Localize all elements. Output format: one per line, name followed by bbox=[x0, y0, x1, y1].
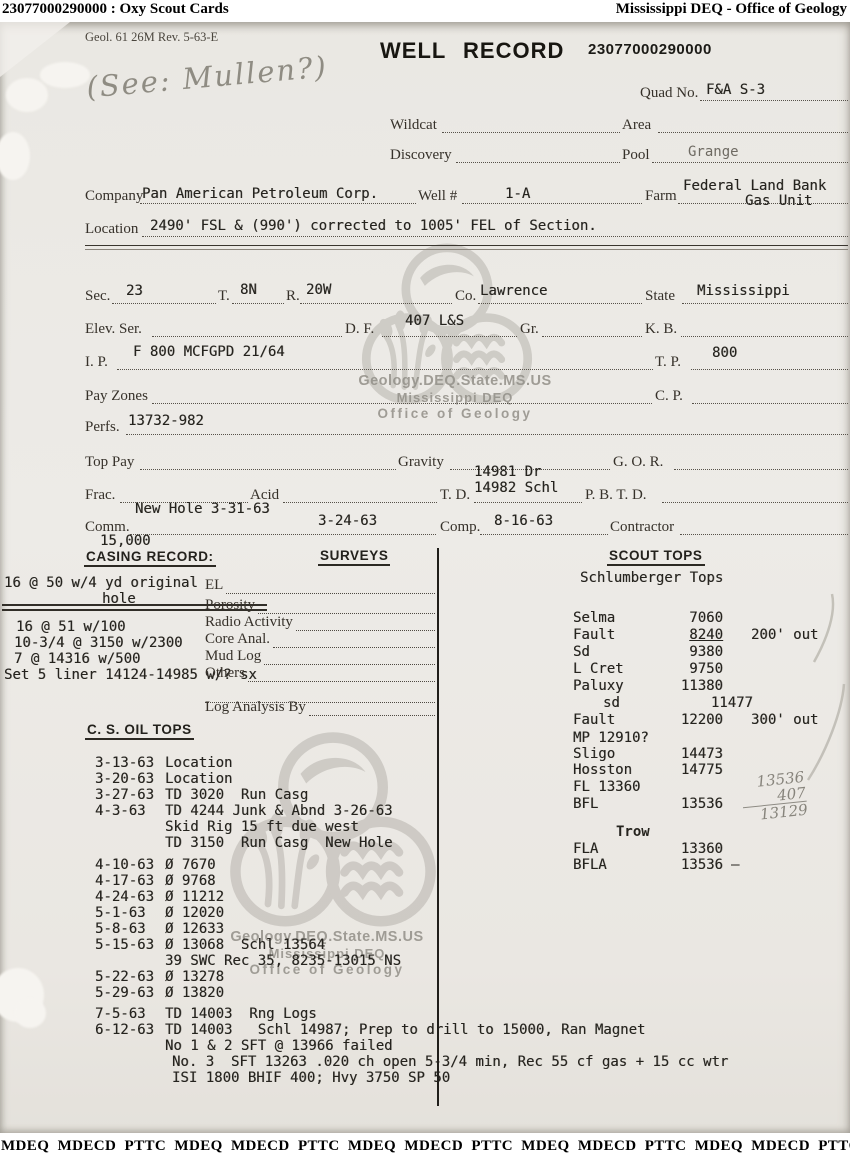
oil-tops-row: 3-20-63Location bbox=[95, 771, 232, 787]
field-value-farm-line2: Gas Unit bbox=[745, 193, 812, 209]
field-value-quad-no: F&A S-3 bbox=[706, 82, 765, 98]
oil-tops-row: 7-5-63TD 14003 Rng Logs bbox=[95, 1006, 317, 1022]
field-value-range: 20W bbox=[306, 282, 331, 298]
dotted-line bbox=[480, 534, 608, 535]
dotted-line bbox=[474, 502, 582, 503]
dotted-line bbox=[140, 203, 416, 204]
field-label-perfs: Perfs. bbox=[85, 419, 120, 436]
casing-line: 16 @ 50 w/4 yd original bbox=[4, 575, 198, 591]
field-label-comp: Comp. bbox=[440, 519, 480, 536]
field-label-gor: G. O. R. bbox=[613, 454, 663, 471]
handwritten-calculation: 13536 407 13129 bbox=[740, 769, 809, 824]
field-label-gravity: Gravity bbox=[398, 454, 444, 471]
field-value-location: 2490' FSL & (990') corrected to 1005' FE… bbox=[150, 218, 597, 234]
paper-stain bbox=[14, 998, 46, 1028]
field-value-sec: 23 bbox=[126, 283, 143, 299]
field-label-contractor: Contractor bbox=[610, 519, 674, 536]
footer-banner: MDEQ MDECD PTTC MDEQ MDECD PTTC MDEQ MDE… bbox=[0, 1133, 850, 1160]
field-value-ip: F 800 MCFGPD 21/64 bbox=[133, 344, 285, 360]
dotted-line bbox=[456, 162, 620, 163]
dotted-line bbox=[300, 303, 452, 304]
surveys-label: Core Anal. bbox=[205, 631, 273, 648]
oil-tops-row: 6-12-63TD 14003 Schl 14987; Prep to dril… bbox=[95, 1022, 645, 1038]
watermark-url: Geology.DEQ.State.MS.US bbox=[330, 372, 580, 390]
oil-tops-row: 5-29-63Ø 13820 bbox=[95, 985, 224, 1001]
dotted-line bbox=[691, 369, 848, 370]
field-value-well-number: 1-A bbox=[505, 186, 530, 202]
dotted-line bbox=[296, 630, 435, 631]
dotted-line bbox=[478, 303, 642, 304]
field-label-elev-ser: Elev. Ser. bbox=[85, 321, 142, 338]
surveys-label: Others bbox=[205, 665, 248, 682]
field-label-cp: C. P. bbox=[655, 388, 683, 405]
form-revision-note: Geol. 61 26M Rev. 5-63-E bbox=[85, 30, 218, 45]
oil-tops-row: 5-1-63Ø 12020 bbox=[95, 905, 224, 921]
field-label-df: D. F. bbox=[345, 321, 374, 338]
surveys-log-analysis-label: Log Analysis By bbox=[205, 699, 309, 716]
page-title: WELL RECORD bbox=[380, 38, 564, 64]
dotted-line bbox=[283, 502, 437, 503]
casing-record-title: CASING RECORD: bbox=[84, 549, 216, 567]
field-value-comp: 8-16-63 bbox=[494, 513, 553, 529]
dotted-line bbox=[680, 534, 848, 535]
field-value-company: Pan American Petroleum Corp. bbox=[142, 186, 378, 202]
field-label-discovery: Discovery bbox=[390, 147, 452, 164]
field-value-comm-newhole: New Hole 3-31-63 bbox=[135, 501, 270, 517]
dotted-line bbox=[117, 369, 653, 370]
dotted-line bbox=[248, 681, 435, 682]
surveys-row: Porosity bbox=[205, 598, 435, 614]
dotted-line bbox=[232, 303, 284, 304]
pencil-mark bbox=[802, 592, 848, 782]
dotted-line bbox=[309, 715, 435, 716]
dotted-line bbox=[700, 100, 848, 101]
surveys-row: Mud Log bbox=[205, 649, 435, 665]
dotted-line bbox=[130, 534, 436, 535]
oil-tops-row: No 1 & 2 SFT @ 13966 failed bbox=[95, 1038, 393, 1054]
oil-tops-row: ISI 1800 BHIF 400; Hvy 3750 SP 50 bbox=[95, 1070, 450, 1086]
field-label-gr: Gr. bbox=[520, 321, 539, 338]
oil-tops-row: 4-17-63Ø 9768 bbox=[95, 873, 216, 889]
oil-tops-row: 5-22-63Ø 13278 bbox=[95, 969, 224, 985]
dotted-line bbox=[542, 336, 642, 337]
field-label-area: Area bbox=[622, 117, 651, 134]
field-value-county: Lawrence bbox=[480, 283, 547, 299]
field-label-well-number: Well # bbox=[418, 188, 457, 205]
field-label-range: R. bbox=[286, 288, 300, 305]
dotted-line bbox=[226, 593, 435, 594]
titlebar: 23077000290000 : Oxy Scout Cards Mississ… bbox=[0, 0, 850, 22]
dotted-line bbox=[692, 403, 848, 404]
field-label-company: Company bbox=[85, 188, 143, 205]
dotted-line bbox=[652, 162, 848, 163]
surveys-row: Others bbox=[205, 666, 435, 682]
scout-top-row: BFL13536 bbox=[573, 796, 850, 812]
rule-line bbox=[85, 245, 848, 246]
surveys-label: Porosity bbox=[205, 597, 258, 614]
watermark-text: Geology.DEQ.State.MS.US Mississippi DEQ … bbox=[330, 372, 580, 423]
dotted-line bbox=[442, 132, 620, 133]
surveys-row: Radio Activity bbox=[205, 615, 435, 631]
surveys-row: EL bbox=[205, 578, 435, 594]
field-label-wildcat: Wildcat bbox=[390, 117, 437, 134]
field-label-top-pay: Top Pay bbox=[85, 454, 134, 471]
field-value-comm: 3-24-63 bbox=[318, 513, 377, 529]
api-well-number: 23077000290000 bbox=[588, 41, 712, 58]
dotted-line bbox=[264, 664, 435, 665]
field-value-perfs: 13732-982 bbox=[128, 413, 204, 429]
watermark-office: Office of Geology bbox=[330, 406, 580, 423]
field-label-pool: Pool bbox=[622, 147, 650, 164]
field-label-td: T. D. bbox=[440, 487, 470, 504]
dotted-line bbox=[152, 403, 652, 404]
casing-row: 16 @ 51 w/100 bbox=[16, 619, 126, 635]
field-value-tp: 800 bbox=[712, 345, 737, 361]
surveys-row: Core Anal. bbox=[205, 632, 435, 648]
field-value-state: Mississippi bbox=[697, 283, 790, 299]
agency-title: Mississippi DEQ - Office of Geology bbox=[616, 1, 847, 18]
scanned-well-record-screen: 23077000290000 : Oxy Scout Cards Mississ… bbox=[0, 0, 850, 1160]
dotted-line bbox=[142, 236, 848, 237]
trow-heading: Trow bbox=[616, 824, 650, 840]
field-label-farm: Farm bbox=[645, 188, 677, 205]
oil-tops-row: 5-15-63Ø 13068 Schl 13564 bbox=[95, 937, 325, 953]
dotted-line bbox=[658, 132, 848, 133]
field-label-pbtd: P. B. T. D. bbox=[585, 487, 647, 504]
oil-tops-row: 5-8-63Ø 12633 bbox=[95, 921, 224, 937]
surveys-title: SURVEYS bbox=[318, 548, 390, 566]
oil-tops-row: 39 SWC Rec 35, 8235-13015 NS bbox=[95, 953, 401, 969]
scout-tops-title: SCOUT TOPS bbox=[607, 548, 705, 566]
dotted-line bbox=[681, 336, 848, 337]
oil-tops-row: TD 3150 Run Casg New Hole bbox=[95, 835, 393, 851]
field-value-comm-depth: 15,000 bbox=[100, 533, 151, 549]
rule-line bbox=[85, 249, 848, 250]
paper-stain bbox=[40, 62, 90, 88]
oil-tops-row: 4-24-63Ø 11212 bbox=[95, 889, 224, 905]
oil-tops-title: C. S. OIL TOPS bbox=[85, 722, 194, 740]
surveys-label: Mud Log bbox=[205, 648, 264, 665]
dotted-line bbox=[674, 469, 848, 470]
field-label-sec: Sec. bbox=[85, 288, 110, 305]
field-label-pay-zones: Pay Zones bbox=[85, 388, 148, 405]
casing-row: 10-3/4 @ 3150 w/2300 bbox=[14, 635, 183, 651]
oil-tops-row: Skid Rig 15 ft due west bbox=[95, 819, 359, 835]
field-label-tp: T. P. bbox=[655, 354, 681, 371]
dotted-line bbox=[112, 303, 216, 304]
scout-tops-subtitle: Schlumberger Tops bbox=[580, 570, 723, 586]
field-value-td-driller: 14981 Dr bbox=[474, 464, 541, 480]
dotted-line bbox=[382, 336, 517, 337]
oil-tops-row: 3-13-63Location bbox=[95, 755, 232, 771]
oil-tops-row: 3-27-63TD 3020 Run Casg bbox=[95, 787, 308, 803]
casing-row: 7 @ 14316 w/500 bbox=[14, 651, 140, 667]
section-divider bbox=[437, 548, 439, 1106]
document-id-title: 23077000290000 : Oxy Scout Cards bbox=[2, 1, 229, 18]
surveys-label: EL bbox=[205, 577, 226, 594]
field-label-township: T. bbox=[218, 288, 230, 305]
field-label-frac: Frac. bbox=[85, 487, 115, 504]
oil-tops-row: No. 3 SFT 13263 .020 ch open 5-3/4 min, … bbox=[95, 1054, 728, 1070]
dotted-line bbox=[126, 434, 848, 435]
field-label-ip: I. P. bbox=[85, 354, 108, 371]
field-value-farm-line1: Federal Land Bank bbox=[683, 178, 826, 194]
scout-top-row: BFLA13536— bbox=[573, 857, 850, 873]
oil-tops-row: 4-3-63TD 4244 Junk & Abnd 3-26-63 bbox=[95, 803, 393, 819]
field-label-county: Co. bbox=[455, 288, 476, 305]
oil-tops-row: 4-10-63Ø 7670 bbox=[95, 857, 216, 873]
dotted-line bbox=[682, 303, 848, 304]
field-value-td: 14982 Schl bbox=[474, 480, 558, 496]
surveys-row: Log Analysis By bbox=[205, 700, 435, 716]
dotted-line bbox=[140, 469, 396, 470]
field-label-state: State bbox=[645, 288, 675, 305]
surveys-label: Radio Activity bbox=[205, 614, 296, 631]
field-label-location: Location bbox=[85, 221, 138, 238]
field-value-pool: Grange bbox=[688, 144, 739, 160]
dotted-line bbox=[273, 647, 435, 648]
field-value-df: 407 L&S bbox=[405, 313, 464, 329]
paper-stain bbox=[6, 78, 48, 112]
field-label-kb: K. B. bbox=[645, 321, 677, 338]
dotted-line bbox=[152, 336, 342, 337]
footer-text: MDEQ MDECD PTTC MDEQ MDECD PTTC MDEQ MDE… bbox=[0, 1138, 850, 1155]
dotted-line bbox=[462, 203, 642, 204]
dotted-line bbox=[662, 502, 848, 503]
field-value-township: 8N bbox=[240, 282, 257, 298]
field-label-quad-no: Quad No. bbox=[640, 85, 698, 102]
scout-top-row: FLA13360 bbox=[573, 841, 850, 857]
